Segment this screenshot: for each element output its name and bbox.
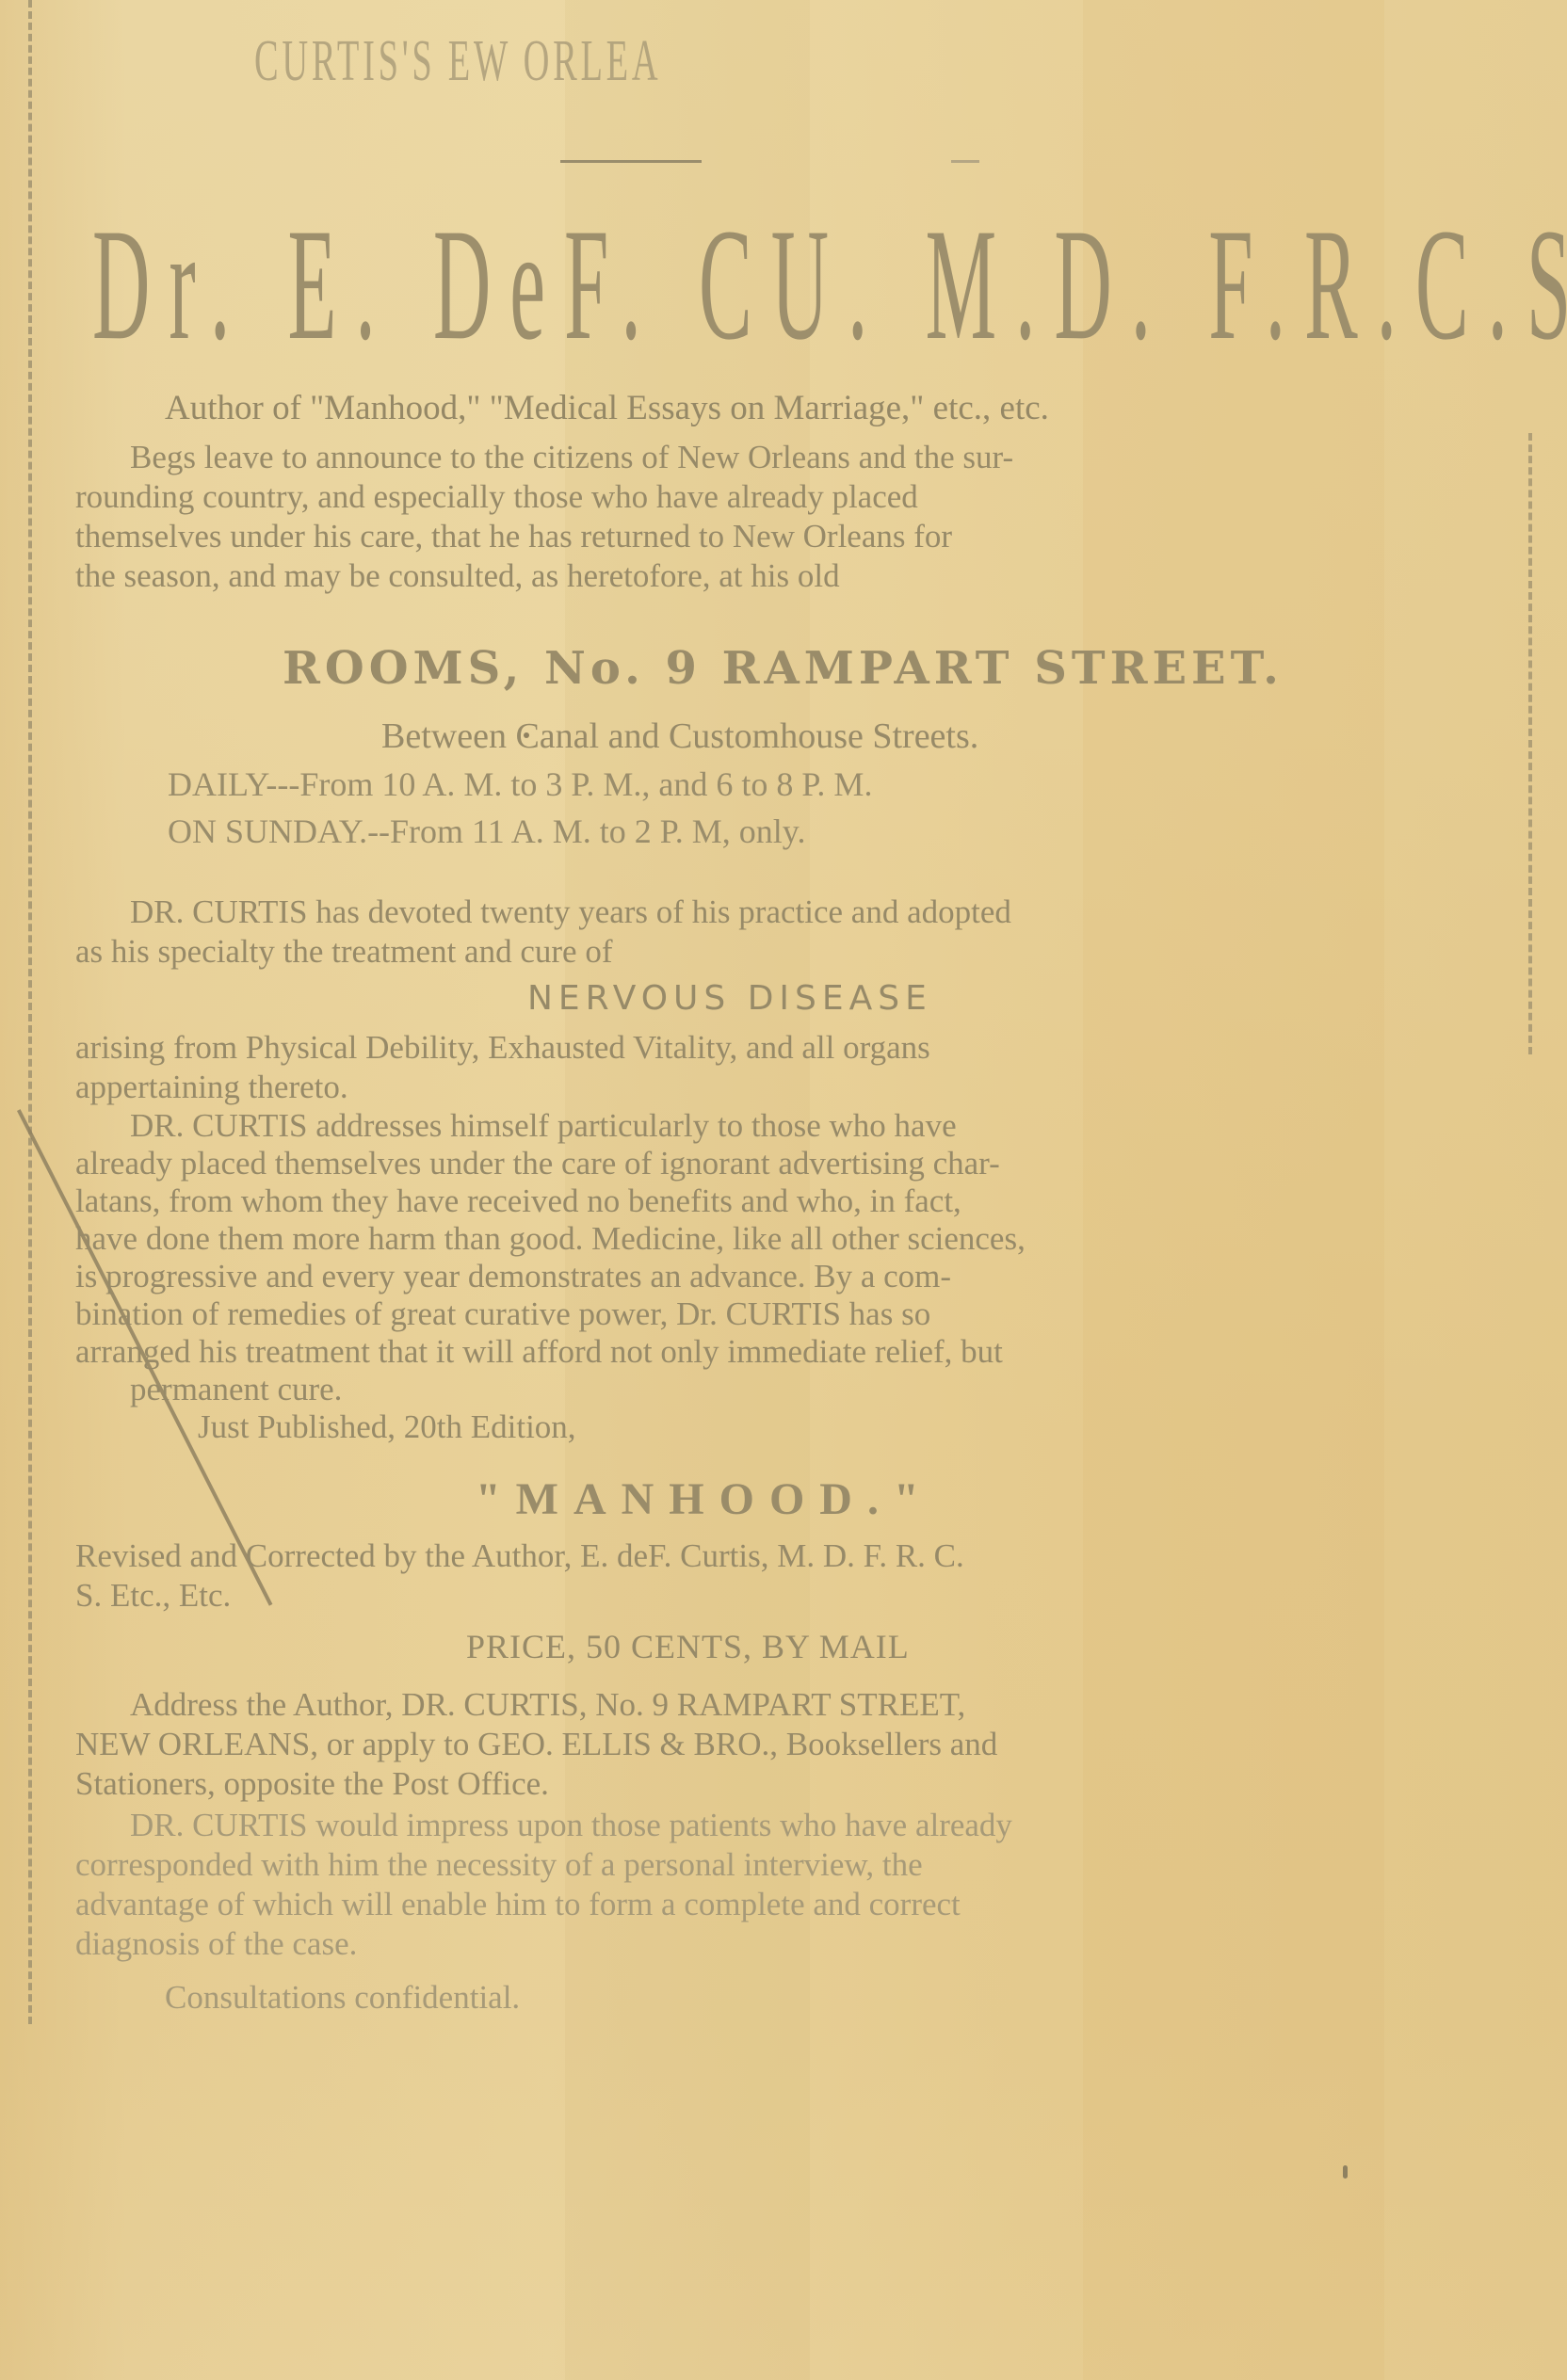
patients-line: latans, from whom they have received no … xyxy=(75,1182,1507,1220)
confidential-line: Consultations confidential. xyxy=(165,1979,520,2017)
patients-line: have done them more harm than good. Medi… xyxy=(75,1220,1507,1258)
left-decorative-border xyxy=(28,0,53,2024)
patients-line: DR. CURTIS addresses himself particularl… xyxy=(75,1107,1507,1145)
doctor-name-title: Dr. E. DeF. CU. M.D. F.R.C.S xyxy=(92,193,1567,377)
disease-line: appertaining thereto. xyxy=(75,1068,1507,1107)
patients-line: bination of remedies of great curative p… xyxy=(75,1295,1507,1333)
published-line: Just Published, 20th Edition, xyxy=(198,1408,576,1446)
disease-line: arising from Physical Debility, Exhauste… xyxy=(75,1028,1507,1068)
consultation-paragraph: DR. CURTIS would impress upon those pati… xyxy=(75,1806,1507,1964)
practice-line: DR. CURTIS has devoted twenty years of h… xyxy=(75,892,1507,932)
practice-line: as his specialty the treatment and cure … xyxy=(75,932,1507,972)
revised-line: Revised and Corrected by the Author, E. … xyxy=(75,1536,1507,1576)
intro-paragraph: Begs leave to announce to the citizens o… xyxy=(75,438,1507,596)
consultation-line: diagnosis of the case. xyxy=(75,1924,1507,1964)
practice-paragraph: DR. CURTIS has devoted twenty years of h… xyxy=(75,892,1507,972)
order-line: Address the Author, DR. CURTIS, No. 9 RA… xyxy=(75,1685,1507,1725)
ink-speck xyxy=(1343,2165,1348,2179)
intro-line: Begs leave to announce to the citizens o… xyxy=(75,438,1507,477)
consultation-line: corresponded with him the necessity of a… xyxy=(75,1845,1507,1885)
rooms-heading: ROOMS, No. 9 RAMPART STREET. xyxy=(283,642,1284,695)
right-decorative-border xyxy=(1528,433,1547,1054)
daily-hours: DAILY---From 10 A. M. to 3 P. M., and 6 … xyxy=(168,764,872,804)
intro-line: themselves under his care, that he has r… xyxy=(75,517,1507,556)
author-subtitle: Author of "Manhood," "Medical Essays on … xyxy=(165,388,1049,428)
revised-paragraph: Revised and Corrected by the Author, E. … xyxy=(75,1536,1507,1616)
nervous-disease-heading: NERVOUS DISEASE xyxy=(527,979,932,1018)
disease-paragraph: arising from Physical Debility, Exhauste… xyxy=(75,1028,1507,1107)
running-title: CURTIS'S EW ORLEA xyxy=(254,28,661,95)
intro-line: rounding country, and especially those w… xyxy=(75,477,1507,517)
patients-paragraph: DR. CURTIS addresses himself particularl… xyxy=(75,1107,1507,1408)
sunday-hours: ON SUNDAY.--From 11 A. M. to 2 P. M, onl… xyxy=(168,812,805,851)
consultation-line: advantage of which will enable him to fo… xyxy=(75,1885,1507,1924)
cross-streets: Between Canal and Customhouse Streets. xyxy=(381,716,978,757)
header-divider xyxy=(560,160,702,163)
revised-line: S. Etc., Etc. xyxy=(75,1576,1507,1616)
patients-line: already placed themselves under the care… xyxy=(75,1145,1507,1182)
order-line: Stationers, opposite the Post Office. xyxy=(75,1764,1507,1804)
patients-line: is progressive and every year demonstrat… xyxy=(75,1258,1507,1295)
consultation-line: DR. CURTIS would impress upon those pati… xyxy=(75,1806,1507,1845)
ink-speck xyxy=(524,732,529,738)
price-line: PRICE, 50 CENTS, BY MAIL xyxy=(466,1627,910,1666)
intro-line: the season, and may be consulted, as her… xyxy=(75,556,1507,596)
order-paragraph: Address the Author, DR. CURTIS, No. 9 RA… xyxy=(75,1685,1507,1804)
order-line: NEW ORLEANS, or apply to GEO. ELLIS & BR… xyxy=(75,1725,1507,1764)
patients-line: permanent cure. xyxy=(75,1371,1507,1408)
header-divider-fragment xyxy=(951,160,979,163)
book-title: "MANHOOD." xyxy=(476,1473,934,1525)
patients-line: arranged his treatment that it will affo… xyxy=(75,1333,1507,1371)
